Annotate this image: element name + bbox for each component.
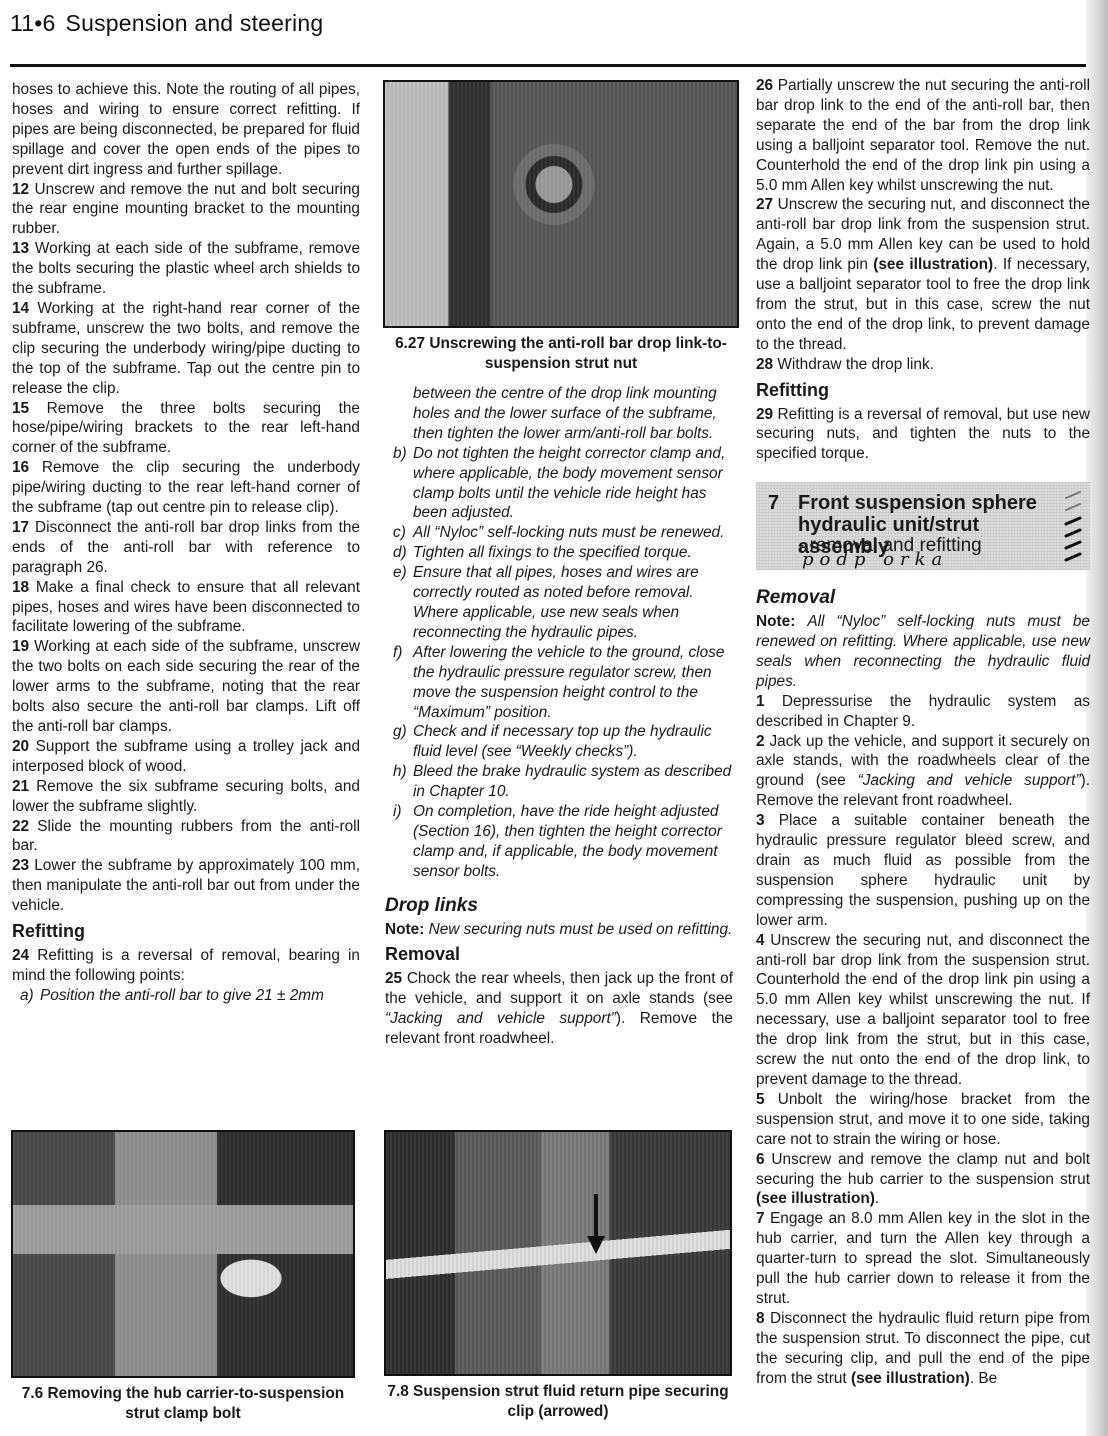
s7-step-3: 3 Place a suitable container beneath the… [756, 811, 1090, 930]
removal-heading-2: Removal [756, 588, 1090, 608]
page-number: 11•6 [10, 10, 56, 36]
step-15: 15 Remove the three bolts securing the h… [12, 399, 360, 459]
drop-links-note: Note: New securing nuts must be used on … [385, 920, 733, 940]
header-rule [10, 64, 1086, 67]
s7-step-4: 4 Unscrew the securing nut, and disconne… [756, 931, 1090, 1090]
step-29: 29 Refitting is a reversal of removal, b… [756, 405, 1090, 465]
step-21: 21 Remove the six subframe securing bolt… [12, 777, 360, 817]
s7-step-7: 7 Engage an 8.0 mm Allen key in the slot… [756, 1209, 1090, 1309]
handwritten-note: podp orka [802, 550, 948, 570]
figure-7-6: 7.6 Removing the hub carrier-to-suspensi… [11, 1130, 355, 1423]
spanner-rating-icon [1062, 488, 1084, 564]
point-b: b)Do not tighten the height corrector cl… [385, 444, 733, 524]
refitting-points-continued: between the centre of the drop link moun… [385, 384, 733, 882]
s7-step-1: 1 Depressurise the hydraulic system as d… [756, 692, 1090, 732]
point-g: g)Check and if necessary top up the hydr… [385, 722, 733, 762]
column-1: hoses to achieve this. Note the routing … [12, 80, 360, 1006]
step-20: 20 Support the subframe using a trolley … [12, 737, 360, 777]
step-26: 26 Partially unscrew the nut securing th… [756, 76, 1090, 195]
figure-caption: 6.27 Unscrewing the anti-roll bar drop l… [383, 334, 739, 373]
step-16: 16 Remove the clip securing the underbod… [12, 458, 360, 518]
chapter-title: Suspension and steering [66, 10, 324, 36]
section-7-note: Note: All “Nyloc” self-locking nuts must… [756, 612, 1090, 692]
point-f: f)After lowering the vehicle to the grou… [385, 643, 733, 723]
step-12: 12 Unscrew and remove the nut and bolt s… [12, 180, 360, 240]
step-24: 24 Refitting is a reversal of removal, b… [12, 946, 360, 986]
point-c: c)All “Nyloc” self-locking nuts must be … [385, 523, 733, 543]
point-d: d)Tighten all fixings to the specified t… [385, 543, 733, 563]
section-number: 7 [768, 494, 779, 514]
step-23: 23 Lower the subframe by approximately 1… [12, 856, 360, 916]
figure-7-8: 7.8 Suspension strut fluid return pipe s… [384, 1130, 732, 1421]
intro-paragraph: hoses to achieve this. Note the routing … [12, 80, 360, 180]
figure-6-27: 6.27 Unscrewing the anti-roll bar drop l… [383, 80, 739, 373]
point-a-continued: between the centre of the drop link moun… [385, 384, 733, 444]
photo-return-pipe-clip [384, 1130, 732, 1376]
page-header: 11•6Suspension and steering [10, 10, 323, 37]
point-i: i)On completion, have the ride height ad… [385, 802, 733, 882]
refitting-heading: Refitting [12, 922, 360, 942]
s7-step-6: 6 Unscrew and remove the clamp nut and b… [756, 1150, 1090, 1210]
step-18: 18 Make a final check to ensure that all… [12, 578, 360, 638]
step-22: 22 Slide the mounting rubbers from the a… [12, 817, 360, 857]
step-27: 27 Unscrew the securing nut, and disconn… [756, 195, 1090, 354]
step-17: 17 Disconnect the anti-roll bar drop lin… [12, 518, 360, 578]
section-7-header: 7 Front suspension sphere hydraulic unit… [756, 482, 1090, 570]
s7-step-5: 5 Unbolt the wiring/hose bracket from th… [756, 1090, 1090, 1150]
refitting-heading-2: Refitting [756, 381, 1090, 401]
refitting-points: a)Position the anti-roll bar to give 21 … [12, 986, 360, 1006]
photo-drop-link-nut [383, 80, 739, 328]
down-arrow-icon [587, 1236, 605, 1254]
figure-caption: 7.8 Suspension strut fluid return pipe s… [384, 1382, 732, 1421]
column-2: between the centre of the drop link moun… [385, 384, 733, 1049]
step-14: 14 Working at the right-hand rear corner… [12, 299, 360, 399]
s7-step-2: 2 Jack up the vehicle, and support it se… [756, 732, 1090, 812]
point-a: a)Position the anti-roll bar to give 21 … [12, 986, 360, 1006]
point-e: e)Ensure that all pipes, hoses and wires… [385, 563, 733, 643]
s7-step-8: 8 Disconnect the hydraulic fluid return … [756, 1309, 1090, 1389]
step-19: 19 Working at each side of the subframe,… [12, 637, 360, 737]
photo-hub-carrier-bolt [11, 1130, 355, 1378]
arrow-icon-shaft [594, 1194, 598, 1238]
column-3: 26 Partially unscrew the nut securing th… [756, 76, 1090, 1388]
figure-caption: 7.6 Removing the hub carrier-to-suspensi… [11, 1384, 355, 1423]
drop-links-heading: Drop links [385, 896, 733, 916]
removal-heading: Removal [385, 945, 733, 965]
step-25: 25 Chock the rear wheels, then jack up t… [385, 969, 733, 1049]
step-13: 13 Working at each side of the subframe,… [12, 239, 360, 299]
point-h: h)Bleed the brake hydraulic system as de… [385, 762, 733, 802]
step-28: 28 Withdraw the drop link. [756, 355, 1090, 375]
